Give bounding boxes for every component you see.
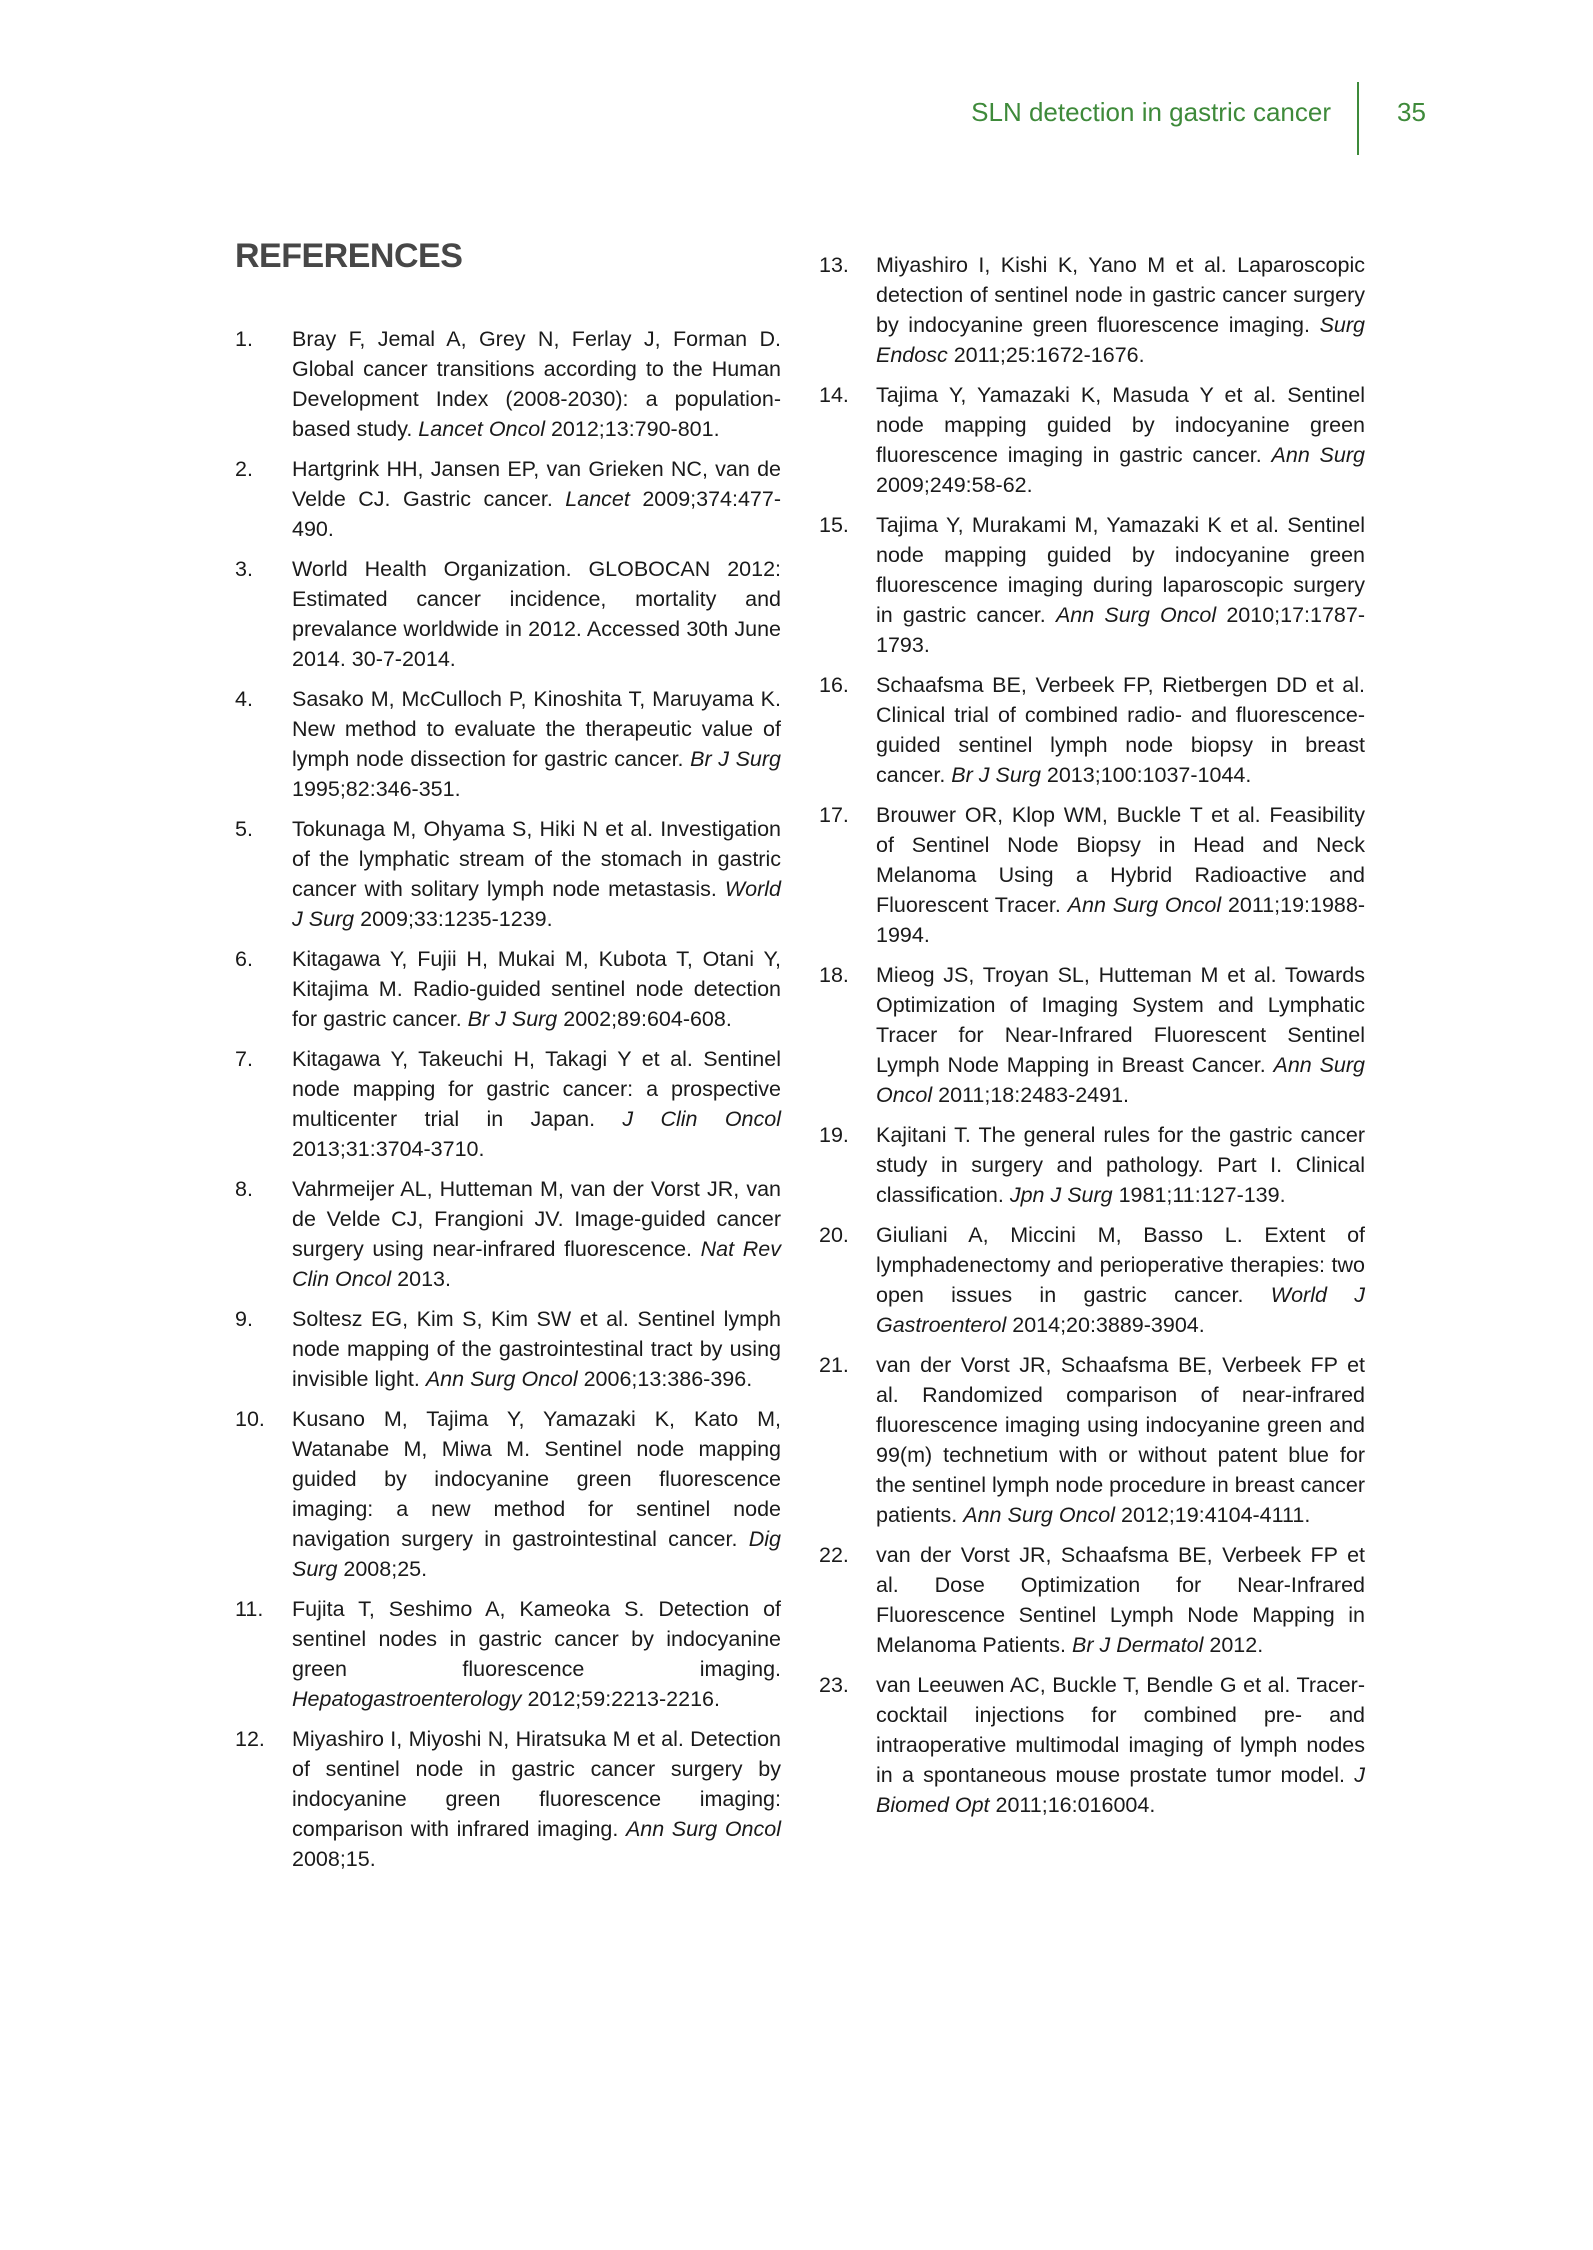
reference-text: Fujita T, Seshimo A, Kameoka S. Detectio…	[292, 1594, 781, 1714]
reference-item: 13.Miyashiro I, Kishi K, Yano M et al. L…	[819, 250, 1365, 370]
reference-citation: Fujita T, Seshimo A, Kameoka S. Detectio…	[292, 1597, 781, 1681]
reference-volume-pages: 2013.	[391, 1267, 451, 1291]
reference-text: van der Vorst JR, Schaafsma BE, Verbeek …	[876, 1540, 1365, 1660]
reference-text: Kitagawa Y, Takeuchi H, Takagi Y et al. …	[292, 1044, 781, 1164]
reference-text: Sasako M, McCulloch P, Kinoshita T, Maru…	[292, 684, 781, 804]
reference-citation: van Leeuwen AC, Buckle T, Bendle G et al…	[876, 1673, 1365, 1787]
reference-item: 6.Kitagawa Y, Fujii H, Mukai M, Kubota T…	[235, 944, 781, 1034]
reference-volume-pages: 2013;31:3704-3710.	[292, 1137, 484, 1161]
reference-volume-pages: 2002;89:604-608.	[557, 1007, 732, 1031]
reference-journal: Ann Surg	[1272, 443, 1365, 467]
reference-volume-pages: 2013;100:1037-1044.	[1041, 763, 1251, 787]
reference-number: 10.	[235, 1404, 292, 1434]
reference-item: 8.Vahrmeijer AL, Hutteman M, van der Vor…	[235, 1174, 781, 1294]
reference-journal: Jpn J Surg	[1010, 1183, 1113, 1207]
running-title: SLN detection in gastric cancer	[971, 92, 1331, 132]
reference-journal: Ann Surg Oncol	[626, 1817, 781, 1841]
reference-item: 19.Kajitani T. The general rules for the…	[819, 1120, 1365, 1210]
reference-number: 18.	[819, 960, 876, 990]
reference-text: van Leeuwen AC, Buckle T, Bendle G et al…	[876, 1670, 1365, 1820]
reference-volume-pages: 2006;13:386-396.	[578, 1367, 753, 1391]
reference-text: Bray F, Jemal A, Grey N, Ferlay J, Forma…	[292, 324, 781, 444]
reference-volume-pages: 2012;59:2213-2216.	[522, 1687, 720, 1711]
reference-volume-pages: 2009;33:1235-1239.	[354, 907, 552, 931]
reference-text: van der Vorst JR, Schaafsma BE, Verbeek …	[876, 1350, 1365, 1530]
reference-number: 9.	[235, 1304, 292, 1334]
reference-number: 2.	[235, 454, 292, 484]
reference-item: 14.Tajima Y, Yamazaki K, Masuda Y et al.…	[819, 380, 1365, 500]
reference-number: 4.	[235, 684, 292, 714]
reference-item: 17.Brouwer OR, Klop WM, Buckle T et al. …	[819, 800, 1365, 950]
reference-number: 12.	[235, 1724, 292, 1754]
reference-volume-pages: 2011;18:2483-2491.	[932, 1083, 1129, 1107]
reference-item: 22.van der Vorst JR, Schaafsma BE, Verbe…	[819, 1540, 1365, 1660]
reference-volume-pages: 2008;25.	[337, 1557, 427, 1581]
reference-citation: Miyashiro I, Kishi K, Yano M et al. Lapa…	[876, 253, 1365, 337]
reference-number: 15.	[819, 510, 876, 540]
reference-text: Hartgrink HH, Jansen EP, van Grieken NC,…	[292, 454, 781, 544]
reference-text: Vahrmeijer AL, Hutteman M, van der Vorst…	[292, 1174, 781, 1294]
running-head: SLN detection in gastric cancer 35	[0, 92, 1593, 132]
reference-item: 18.Mieog JS, Troyan SL, Hutteman M et al…	[819, 960, 1365, 1110]
reference-volume-pages: 2012;13:790-801.	[545, 417, 720, 441]
reference-journal: Ann Surg Oncol	[426, 1367, 578, 1391]
reference-item: 20.Giuliani A, Miccini M, Basso L. Exten…	[819, 1220, 1365, 1340]
reference-number: 11.	[235, 1594, 292, 1624]
reference-number: 3.	[235, 554, 292, 584]
page-number: 35	[1397, 92, 1426, 132]
reference-journal: Br J Surg	[690, 747, 781, 771]
reference-journal: Lancet	[565, 487, 630, 511]
reference-citation: World Health Organization. GLOBOCAN 2012…	[292, 557, 781, 671]
reference-journal: Br J Dermatol	[1072, 1633, 1203, 1657]
reference-journal: Ann Surg Oncol	[1068, 893, 1221, 917]
reference-item: 7.Kitagawa Y, Takeuchi H, Takagi Y et al…	[235, 1044, 781, 1164]
reference-item: 15.Tajima Y, Murakami M, Yamazaki K et a…	[819, 510, 1365, 660]
reference-journal: Br J Surg	[951, 763, 1041, 787]
reference-text: Giuliani A, Miccini M, Basso L. Extent o…	[876, 1220, 1365, 1340]
reference-number: 23.	[819, 1670, 876, 1700]
reference-number: 7.	[235, 1044, 292, 1074]
reference-item: 2.Hartgrink HH, Jansen EP, van Grieken N…	[235, 454, 781, 544]
reference-volume-pages: 2012.	[1203, 1633, 1263, 1657]
reference-number: 22.	[819, 1540, 876, 1570]
reference-item: 5.Tokunaga M, Ohyama S, Hiki N et al. In…	[235, 814, 781, 934]
reference-item: 21.van der Vorst JR, Schaafsma BE, Verbe…	[819, 1350, 1365, 1530]
reference-text: Kusano M, Tajima Y, Yamazaki K, Kato M, …	[292, 1404, 781, 1584]
reference-text: Miyashiro I, Miyoshi N, Hiratsuka M et a…	[292, 1724, 781, 1874]
reference-item: 10.Kusano M, Tajima Y, Yamazaki K, Kato …	[235, 1404, 781, 1584]
reference-text: Brouwer OR, Klop WM, Buckle T et al. Fea…	[876, 800, 1365, 950]
reference-volume-pages: 1995;82:346-351.	[292, 777, 461, 801]
reference-text: Tajima Y, Yamazaki K, Masuda Y et al. Se…	[876, 380, 1365, 500]
header-divider	[1357, 82, 1359, 155]
reference-item: 16.Schaafsma BE, Verbeek FP, Rietbergen …	[819, 670, 1365, 790]
reference-volume-pages: 2014;20:3889-3904.	[1006, 1313, 1204, 1337]
reference-number: 16.	[819, 670, 876, 700]
reference-number: 5.	[235, 814, 292, 844]
reference-citation: van der Vorst JR, Schaafsma BE, Verbeek …	[876, 1353, 1365, 1527]
reference-text: Kajitani T. The general rules for the ga…	[876, 1120, 1365, 1210]
reference-number: 20.	[819, 1220, 876, 1250]
reference-text: World Health Organization. GLOBOCAN 2012…	[292, 554, 781, 674]
reference-citation: Tokunaga M, Ohyama S, Hiki N et al. Inve…	[292, 817, 781, 901]
reference-number: 13.	[819, 250, 876, 280]
reference-volume-pages: 2011;16:016004.	[990, 1793, 1156, 1817]
reference-number: 1.	[235, 324, 292, 354]
reference-number: 8.	[235, 1174, 292, 1204]
reference-number: 6.	[235, 944, 292, 974]
reference-volume-pages: 2009;249:58-62.	[876, 473, 1033, 497]
reference-item: 23.van Leeuwen AC, Buckle T, Bendle G et…	[819, 1670, 1365, 1820]
reference-text: Kitagawa Y, Fujii H, Mukai M, Kubota T, …	[292, 944, 781, 1034]
reference-volume-pages: 2011;25:1672-1676.	[948, 343, 1145, 367]
reference-item: 12.Miyashiro I, Miyoshi N, Hiratsuka M e…	[235, 1724, 781, 1874]
reference-number: 21.	[819, 1350, 876, 1380]
reference-item: 3.World Health Organization. GLOBOCAN 20…	[235, 554, 781, 674]
reference-volume-pages: 2008;15.	[292, 1847, 376, 1871]
references-column-left: REFERENCES 1.Bray F, Jemal A, Grey N, Fe…	[235, 232, 781, 1884]
reference-text: Tokunaga M, Ohyama S, Hiki N et al. Inve…	[292, 814, 781, 934]
reference-journal: Lancet Oncol	[418, 417, 545, 441]
reference-citation: Kusano M, Tajima Y, Yamazaki K, Kato M, …	[292, 1407, 781, 1551]
reference-number: 14.	[819, 380, 876, 410]
reference-text: Schaafsma BE, Verbeek FP, Rietbergen DD …	[876, 670, 1365, 790]
section-heading: REFERENCES	[235, 232, 781, 280]
reference-journal: J Clin Oncol	[622, 1107, 781, 1131]
reference-number: 19.	[819, 1120, 876, 1150]
reference-item: 4.Sasako M, McCulloch P, Kinoshita T, Ma…	[235, 684, 781, 804]
reference-volume-pages: 1981;11:127-139.	[1113, 1183, 1286, 1207]
reference-volume-pages: 2012;19:4104-4111.	[1115, 1503, 1310, 1527]
references-column-right: 13.Miyashiro I, Kishi K, Yano M et al. L…	[819, 250, 1365, 1830]
reference-journal: Br J Surg	[468, 1007, 558, 1031]
reference-number: 17.	[819, 800, 876, 830]
reference-item: 11.Fujita T, Seshimo A, Kameoka S. Detec…	[235, 1594, 781, 1714]
reference-journal: Ann Surg Oncol	[963, 1503, 1115, 1527]
reference-text: Tajima Y, Murakami M, Yamazaki K et al. …	[876, 510, 1365, 660]
reference-text: Miyashiro I, Kishi K, Yano M et al. Lapa…	[876, 250, 1365, 370]
reference-journal: Ann Surg Oncol	[1056, 603, 1216, 627]
reference-text: Soltesz EG, Kim S, Kim SW et al. Sentine…	[292, 1304, 781, 1394]
reference-journal: Hepatogastroenterology	[292, 1687, 522, 1711]
reference-item: 9.Soltesz EG, Kim S, Kim SW et al. Senti…	[235, 1304, 781, 1394]
reference-item: 1.Bray F, Jemal A, Grey N, Ferlay J, For…	[235, 324, 781, 444]
reference-text: Mieog JS, Troyan SL, Hutteman M et al. T…	[876, 960, 1365, 1110]
